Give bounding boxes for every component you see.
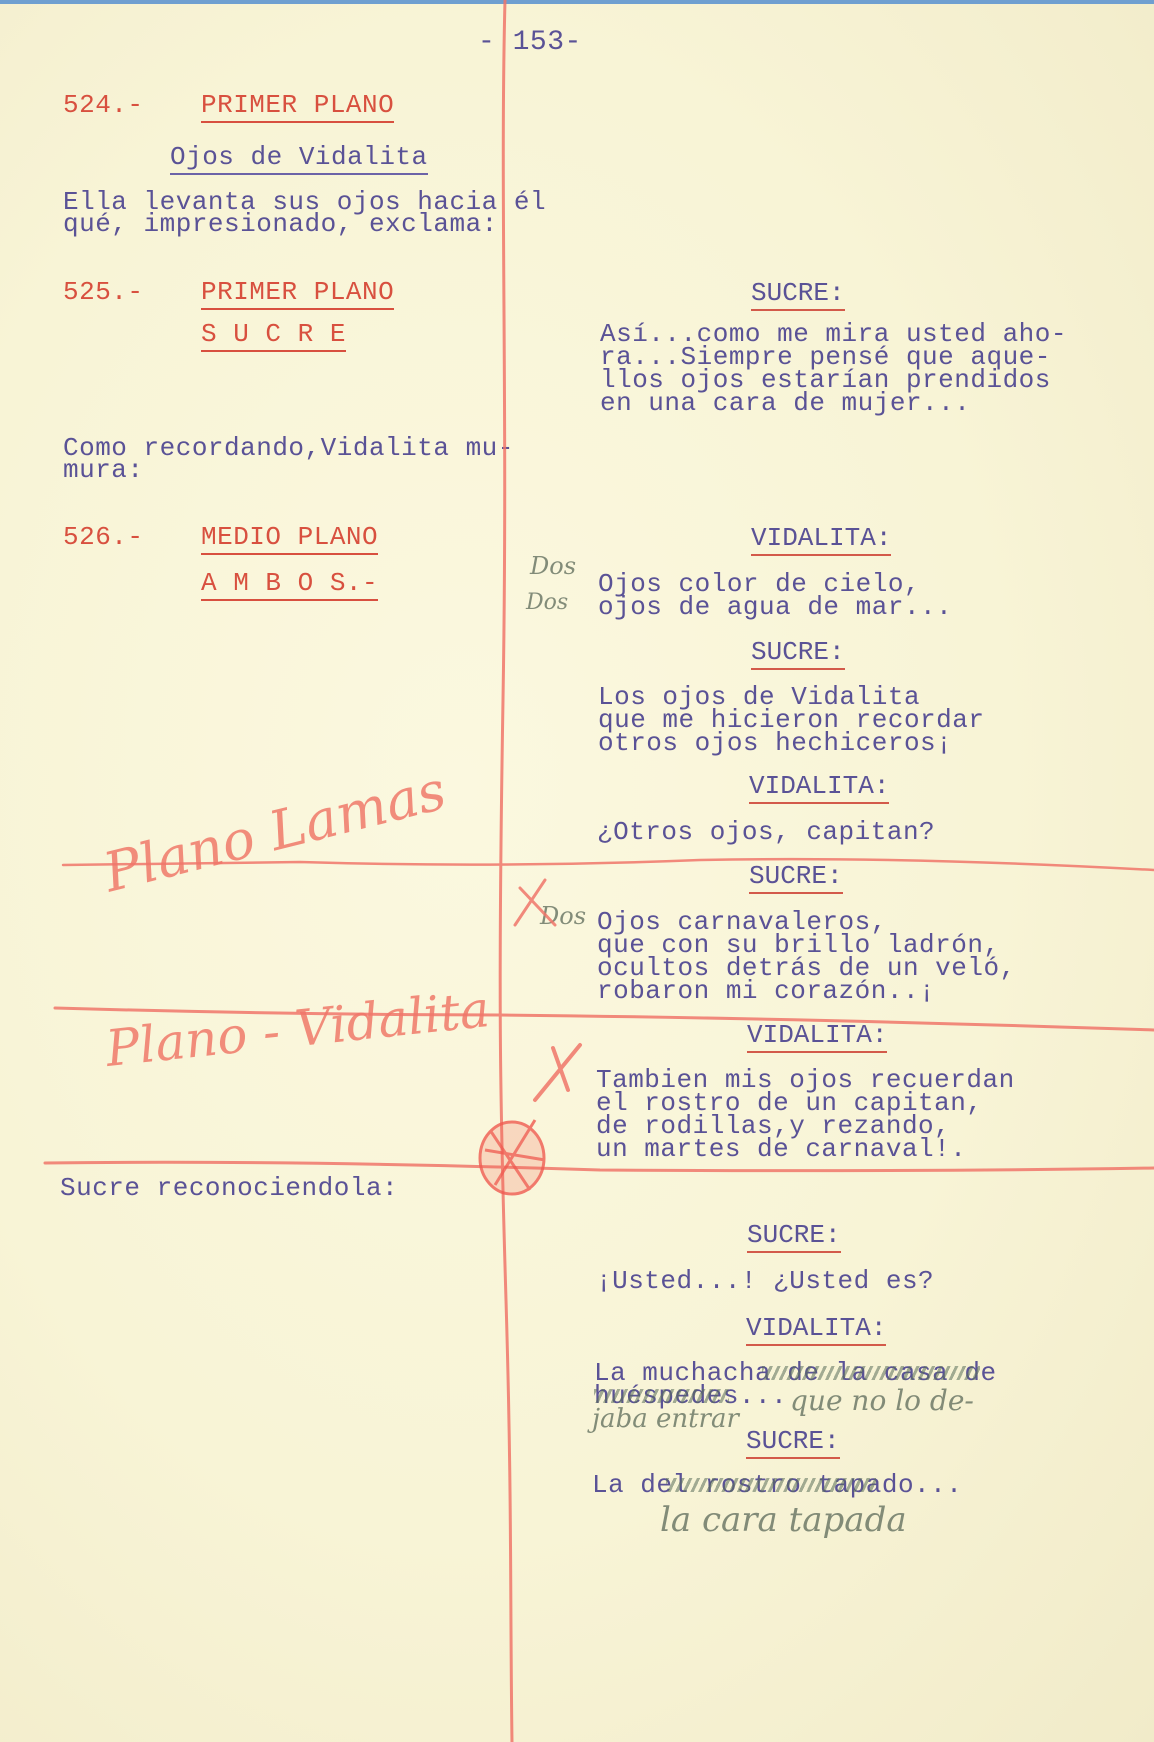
dialogue-line: ¡Usted...! ¿Usted es? xyxy=(596,1269,934,1294)
shot-subject-524: Ojos de Vidalita xyxy=(170,145,428,175)
pencil-strikethrough xyxy=(594,1389,729,1403)
crayon-annotation: Plano - Vidalita xyxy=(103,980,492,1078)
shot-subject-525: S U C R E xyxy=(201,322,346,352)
pencil-strikethrough xyxy=(762,1366,980,1380)
dialogue-line: ¿Otros ojos, capitan? xyxy=(597,820,935,845)
direction-line: mura: xyxy=(63,458,144,483)
scribble-mark xyxy=(480,1120,545,1194)
shot-type-525: PRIMER PLANO xyxy=(201,280,394,310)
pencil-annotation: Dos xyxy=(530,552,576,580)
speaker-vidalita: VIDALITA: xyxy=(751,525,891,556)
speaker-vidalita: VIDALITA: xyxy=(749,773,889,804)
crayon-annotation: Plano Lamas xyxy=(98,759,452,905)
shot-number-524: 524.- xyxy=(63,93,144,118)
shot-subject-526: A M B O S.- xyxy=(201,571,378,601)
speaker-sucre: SUCRE: xyxy=(751,280,845,311)
dialogue-line: ojos de agua de mar... xyxy=(598,595,952,620)
shot-type-524: PRIMER PLANO xyxy=(201,93,394,123)
dialogue-line: robaron mi corazón..¡ xyxy=(597,979,935,1004)
direction-line: qué, impresionado, exclama: xyxy=(63,212,498,237)
speaker-vidalita: VIDALITA: xyxy=(746,1315,886,1346)
page-number: - 153- xyxy=(478,30,582,55)
pencil-strikethrough xyxy=(666,1478,876,1492)
speaker-sucre: SUCRE: xyxy=(746,1428,840,1459)
pencil-annotation: Dos xyxy=(526,590,568,615)
shot-number-525: 525.- xyxy=(63,280,144,305)
dialogue-line: otros ojos hechiceros¡ xyxy=(598,731,952,756)
pencil-annotation: Dos xyxy=(540,902,586,930)
speaker-sucre: SUCRE: xyxy=(747,1222,841,1253)
shot-type-526: MEDIO PLANO xyxy=(201,525,378,555)
direction-line: Sucre reconociendola: xyxy=(60,1176,398,1201)
pencil-annotation: que no lo de- xyxy=(790,1384,974,1417)
speaker-sucre: SUCRE: xyxy=(751,639,845,670)
speaker-vidalita: VIDALITA: xyxy=(747,1022,887,1053)
dialogue-line: en una cara de mujer... xyxy=(600,391,970,416)
speaker-sucre: SUCRE: xyxy=(749,863,843,894)
shot-number-526: 526.- xyxy=(63,525,144,550)
scan-top-edge xyxy=(0,0,1154,4)
dialogue-line: un martes de carnaval!. xyxy=(596,1137,966,1162)
pencil-annotation: jaba entrar xyxy=(592,1404,739,1434)
pencil-annotation: la cara tapada xyxy=(660,1500,907,1540)
